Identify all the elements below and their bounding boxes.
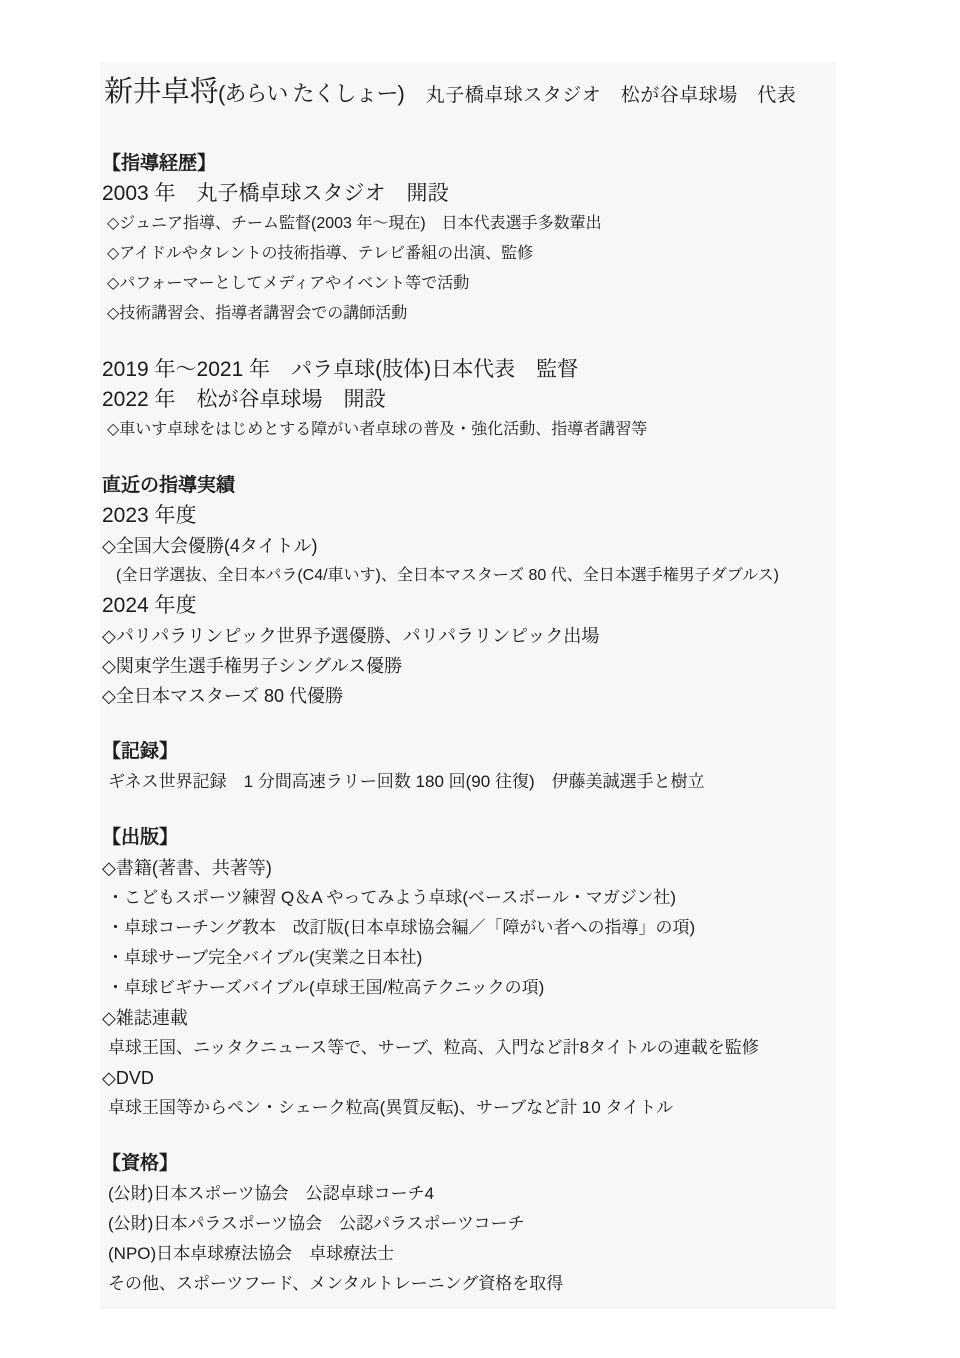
doc-line: ◇アイドルやタレントの技術指導、テレビ番組の出演、監修 [100, 239, 836, 269]
doc-line: ◇全日本マスターズ 80 代優勝 [100, 681, 836, 711]
doc-line: 卓球王国、ニッタクニュース等で、サーブ、粒高、入門など計8タイトルの連載を監修 [100, 1033, 836, 1063]
doc-line: (公財)日本パラスポーツ協会 公認パラスポーツコーチ [100, 1209, 836, 1239]
doc-line: ◇DVD [100, 1063, 836, 1093]
doc-line: ◇雑誌連載 [100, 1003, 836, 1033]
doc-line: ・卓球コーチング教本 改訂版(日本卓球協会編／「障がい者への指導」の項) [100, 913, 836, 943]
blank-line [100, 1123, 836, 1149]
title-spacer [100, 121, 836, 149]
doc-line: (公財)日本スポーツ協会 公認卓球コーチ4 [100, 1179, 836, 1209]
section-heading: 【資格】 [100, 1149, 836, 1179]
doc-line: ◇書籍(著書、共著等) [100, 853, 836, 883]
person-affiliation: 丸子橋卓球スタジオ 松が谷卓球場 代表 [426, 85, 797, 106]
doc-line: ◇全国大会優勝(4タイトル) [100, 531, 836, 561]
doc-line: 2019 年～2021 年 パラ卓球(肢体)日本代表 監督 [100, 355, 836, 385]
section-heading: 【記録】 [100, 737, 836, 767]
section-heading: 【出版】 [100, 823, 836, 853]
blank-line [100, 711, 836, 737]
doc-line: 2024 年度 [100, 591, 836, 621]
doc-line: (全日学選抜、全日本パラ(C4/車いす)、全日本マスターズ 80 代、全日本選手… [100, 561, 836, 591]
doc-line: 卓球王国等からペン・シェーク粒高(異質反転)、サーブなど計 10 タイトル [100, 1093, 836, 1123]
doc-line: その他、スポーツフード、メンタルトレーニング資格を取得 [100, 1269, 836, 1299]
doc-line: ◇パフォーマーとしてメディアやイベント等で活動 [100, 269, 836, 299]
profile-document: 新井卓将(あらい たくしょー)丸子橋卓球スタジオ 松が谷卓球場 代表 【指導経歴… [100, 62, 836, 1309]
doc-line: ・卓球サーブ完全バイブル(実業之日本社) [100, 943, 836, 973]
doc-line: ◇関東学生選手権男子シングルス優勝 [100, 651, 836, 681]
doc-line: ◇ジュニア指導、チーム監督(2003 年～現在) 日本代表選手多数輩出 [100, 209, 836, 239]
document-page: 新井卓将(あらい たくしょー)丸子橋卓球スタジオ 松が谷卓球場 代表 【指導経歴… [0, 0, 960, 1358]
person-name-reading: (あらい たくしょー) [218, 81, 404, 106]
blank-line [100, 329, 836, 355]
doc-line: ◇パリパラリンピック世界予選優勝、パリパラリンピック出場 [100, 621, 836, 651]
doc-line: ・卓球ビギナーズバイブル(卓球王国/粒高テクニックの項) [100, 973, 836, 1003]
doc-line: ギネス世界記録 1 分間高速ラリー回数 180 回(90 往復) 伊藤美誠選手と… [100, 767, 836, 797]
section-heading: 直近の指導実績 [100, 471, 836, 501]
doc-line: ◇技術講習会、指導者講習会での講師活動 [100, 299, 836, 329]
person-name: 新井卓将 [104, 76, 218, 108]
blank-line [100, 445, 836, 471]
document-title: 新井卓将(あらい たくしょー)丸子橋卓球スタジオ 松が谷卓球場 代表 [100, 68, 836, 121]
section-heading: 【指導経歴】 [100, 149, 836, 179]
doc-line: 2023 年度 [100, 501, 836, 531]
document-body: 【指導経歴】2003 年 丸子橋卓球スタジオ 開設◇ジュニア指導、チーム監督(2… [100, 149, 836, 1299]
blank-line [100, 797, 836, 823]
doc-line: 2022 年 松が谷卓球場 開設 [100, 385, 836, 415]
doc-line: ◇車いす卓球をはじめとする障がい者卓球の普及・強化活動、指導者講習等 [100, 415, 836, 445]
doc-line: (NPO)日本卓球療法協会 卓球療法士 [100, 1239, 836, 1269]
doc-line: 2003 年 丸子橋卓球スタジオ 開設 [100, 179, 836, 209]
doc-line: ・こどもスポーツ練習 Q＆A やってみよう卓球(ベースボール・マガジン社) [100, 883, 836, 913]
